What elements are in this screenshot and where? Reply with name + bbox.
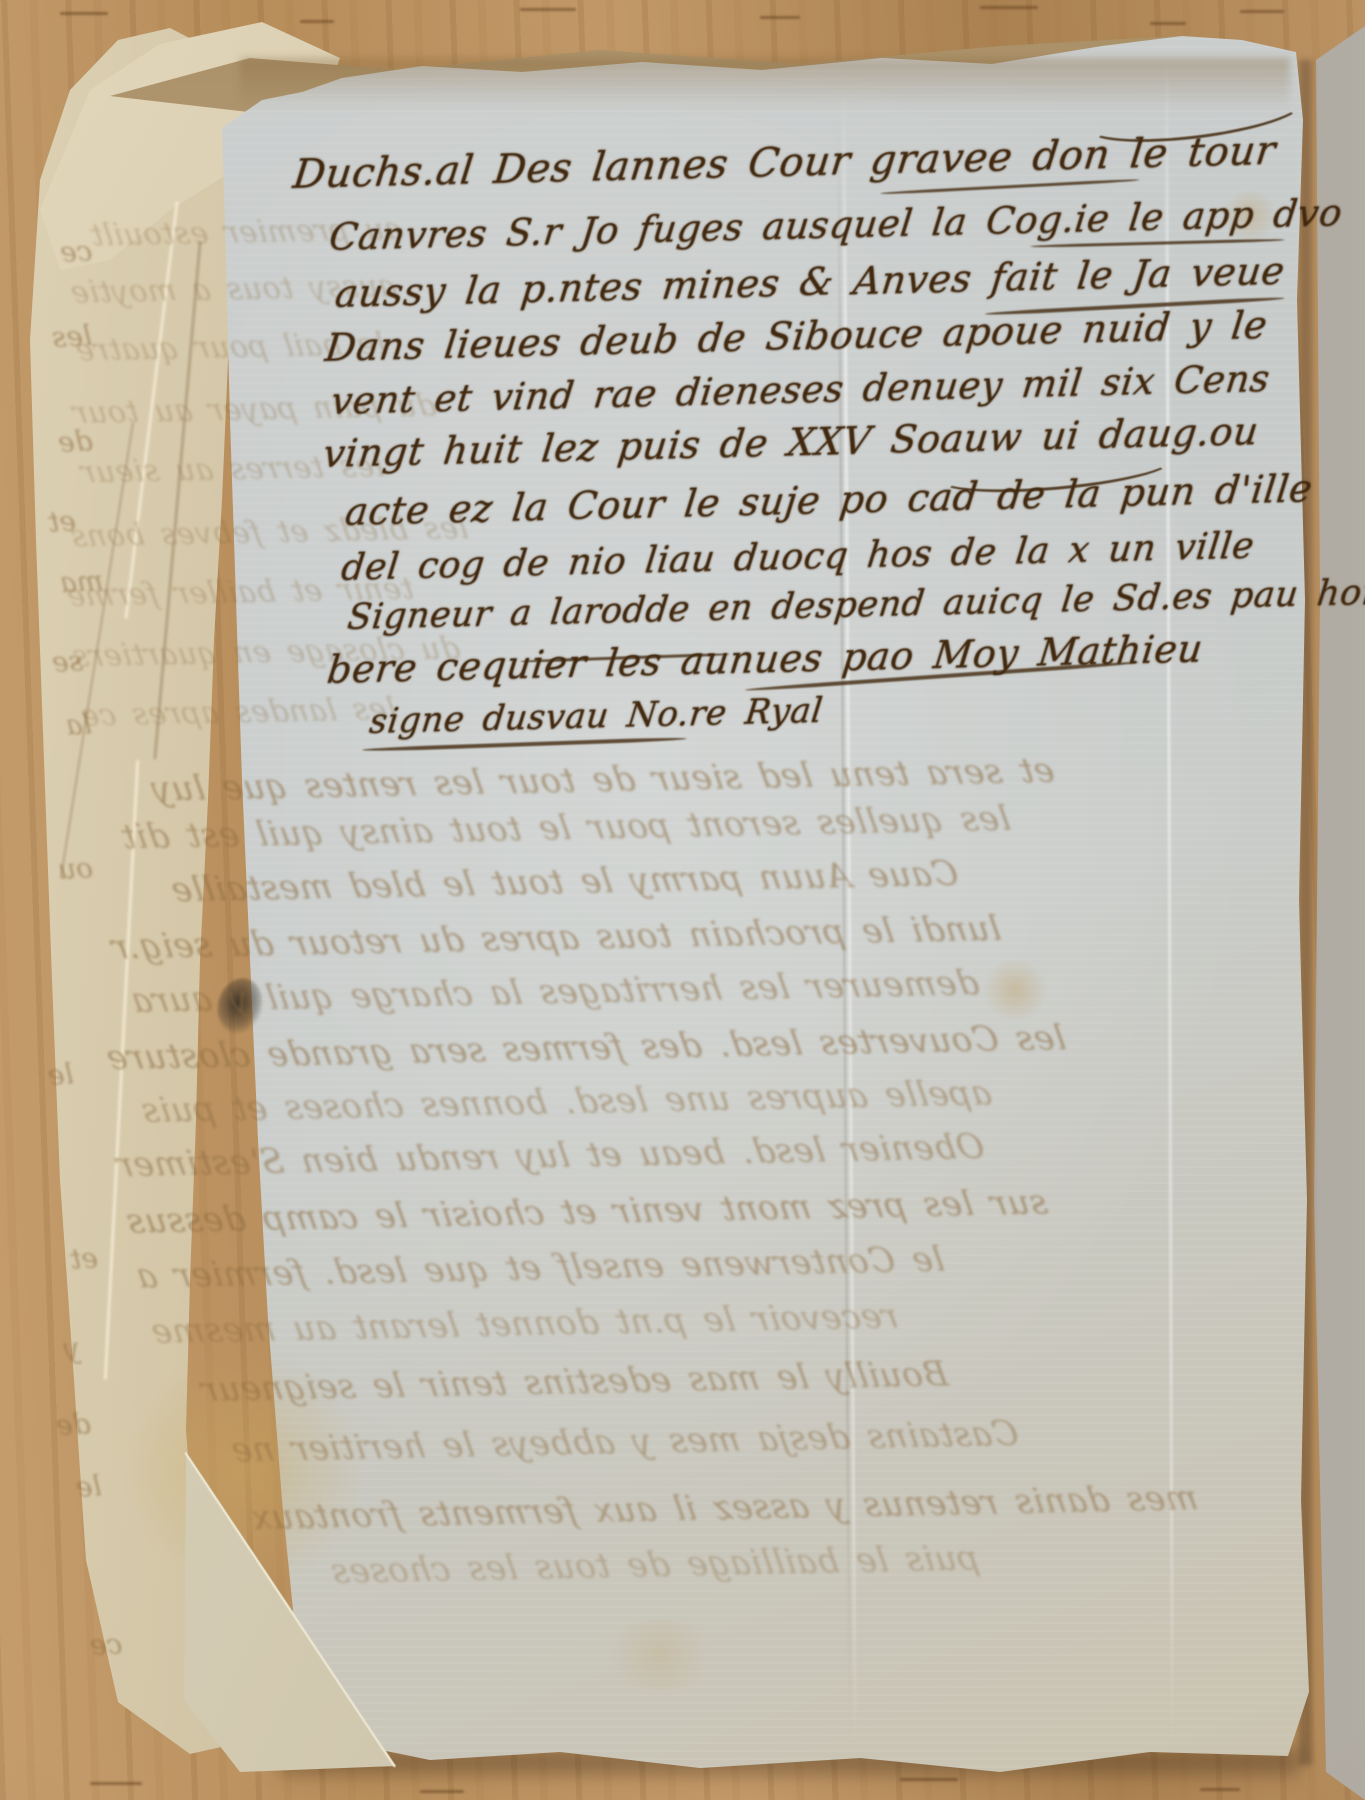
manuscript-photo: celesdeetmaselaouleetydelece et sera ten…	[0, 0, 1365, 1800]
handwritten-line: acte ez la Cour le suje po cad de la pun…	[343, 466, 1315, 534]
recto-ink-text: Duchs.al Des lannes Cour gravee don le t…	[0, 0, 1365, 1800]
handwritten-line: bere cequier les aunues pao Moy Mathieu	[325, 627, 1205, 692]
handwritten-line: signe dusvau No.re Ryal	[367, 691, 825, 742]
handwritten-line: Canvres S.r Jo fuges ausquel la Cog.ie l…	[327, 191, 1345, 259]
